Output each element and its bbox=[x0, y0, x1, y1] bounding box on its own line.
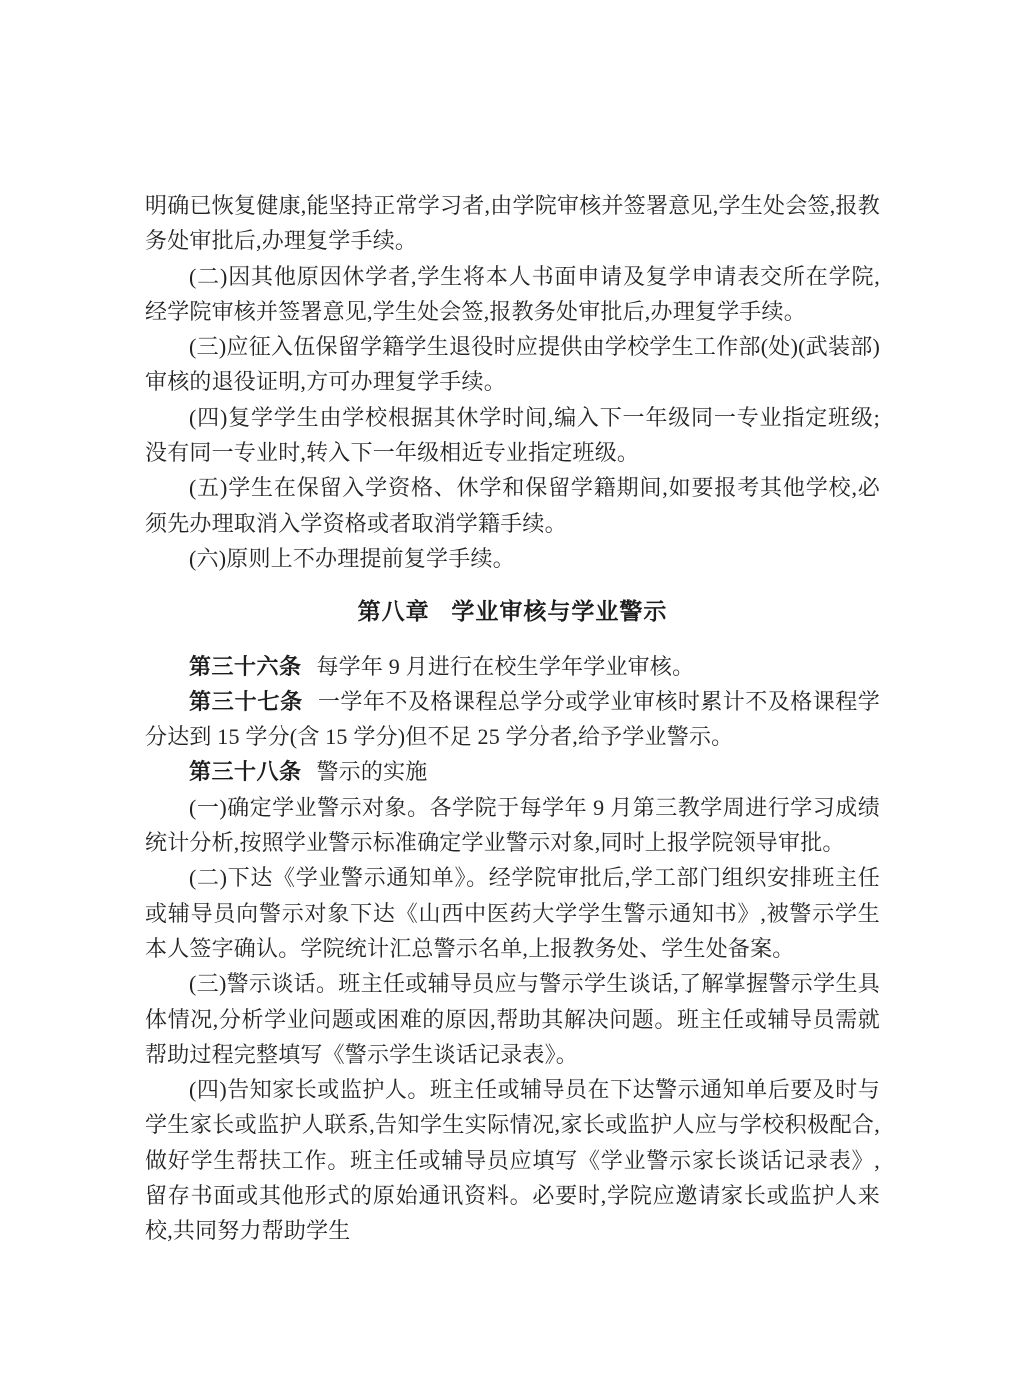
article-number-38: 第三十八条 bbox=[189, 759, 302, 784]
article-number-37: 第三十七条 bbox=[189, 689, 303, 714]
document-page: 明确已恢复健康,能坚持正常学习者,由学院审核并签署意见,学生处会签,报教务处审批… bbox=[0, 0, 1024, 1379]
paragraph-item-2-warning: (二)下达《学业警示通知单》。经学院审批后,学工部门组织安排班主任或辅导员向警示… bbox=[145, 860, 880, 966]
paragraph-article-38: 第三十八条警示的实施 bbox=[145, 754, 880, 789]
paragraph-item-6: (六)原则上不办理提前复学手续。 bbox=[145, 541, 880, 576]
article-number-36: 第三十六条 bbox=[189, 654, 302, 679]
chapter-number: 第八章 bbox=[358, 598, 430, 624]
chapter-heading: 第八章学业审核与学业警示 bbox=[145, 594, 880, 629]
paragraph-article-36: 第三十六条每学年 9 月进行在校生学年学业审核。 bbox=[145, 649, 880, 684]
paragraph-item-5: (五)学生在保留入学资格、休学和保留学籍期间,如要报考其他学校,必须先办理取消入… bbox=[145, 470, 880, 541]
paragraph-article-37: 第三十七条一学年不及格课程总学分或学业审核时累计不及格课程学分达到 15 学分(… bbox=[145, 684, 880, 755]
paragraph-item-3: (三)应征入伍保留学籍学生退役时应提供由学校学生工作部(处)(武装部)审核的退役… bbox=[145, 329, 880, 400]
article-text-38: 警示的实施 bbox=[316, 759, 427, 784]
paragraph-item-2: (二)因其他原因休学者,学生将本人书面申请及复学申请表交所在学院,经学院审核并签… bbox=[145, 259, 880, 330]
paragraph-continuation: 明确已恢复健康,能坚持正常学习者,由学院审核并签署意见,学生处会签,报教务处审批… bbox=[145, 188, 880, 259]
paragraph-item-3-warning: (三)警示谈话。班主任或辅导员应与警示学生谈话,了解掌握警示学生具体情况,分析学… bbox=[145, 966, 880, 1072]
paragraph-item-1-warning: (一)确定学业警示对象。各学院于每学年 9 月第三教学周进行学习成绩统计分析,按… bbox=[145, 790, 880, 861]
paragraph-item-4: (四)复学学生由学校根据其休学时间,编入下一年级同一专业指定班级;没有同一专业时… bbox=[145, 400, 880, 471]
chapter-title: 学业审核与学业警示 bbox=[451, 598, 667, 624]
paragraph-item-4-warning: (四)告知家长或监护人。班主任或辅导员在下达警示通知单后要及时与学生家长或监护人… bbox=[145, 1072, 880, 1248]
article-text-36: 每学年 9 月进行在校生学年学业审核。 bbox=[316, 654, 694, 679]
